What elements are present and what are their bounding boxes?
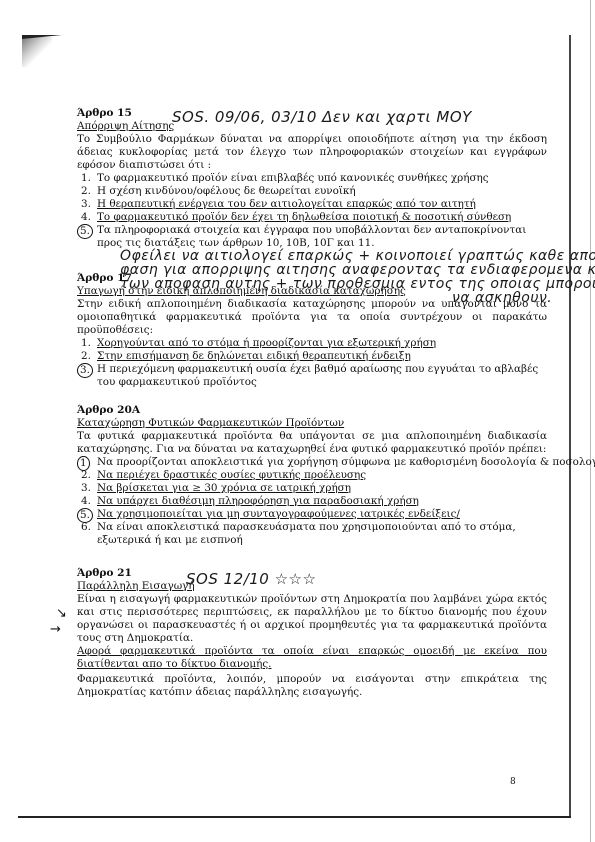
scan-outer-edge — [590, 0, 591, 842]
article-intro: Το Συμβούλιο Φαρμάκων δύναται να απορρίψ… — [77, 133, 547, 172]
list-item: 2.Στην επισήμανση δε δηλώνεται ειδική θε… — [77, 350, 547, 363]
list-item: 1.Χορηγούνται από το στόμα ή προορίζοντα… — [77, 337, 547, 350]
article-intro: Στην ειδική απλοποιημένη διαδικασία κατα… — [77, 298, 547, 337]
handwritten-note: SOS. 09/06, 03/10 Δεν και χαρτι ΜΟΥ — [172, 108, 472, 126]
list-item: 1Να προορίζονται αποκλειστικά για χορήγη… — [77, 456, 547, 469]
page-number: 8 — [510, 777, 516, 787]
scan-corner-mark — [22, 35, 62, 39]
list-item: 2.Να περιέχει δραστικές ουσίες φυτικής π… — [77, 469, 547, 482]
scan-corner-shadow — [22, 37, 52, 67]
article-17: Άρθρο 17 Υπαγωγή στην ειδική απλοποιημέν… — [77, 272, 547, 389]
article-15: Άρθρο 15 Απόρριψη Αίτησης Το Συμβούλιο Φ… — [77, 107, 547, 250]
scan-bottom-edge — [18, 816, 571, 818]
list-item: 5.Τα πληροφοριακά στοιχεία και έγγραφα π… — [77, 224, 547, 250]
article-paragraph: Αφορά φαρμακευτικά προϊόντα τα οποία είν… — [77, 645, 547, 671]
list-item: 6.Να είναι αποκλειστικά παρασκευάσματα π… — [77, 521, 547, 547]
list-item: 3.Να βρίσκεται για ≥ 30 χρόνια σε ιατρικ… — [77, 482, 547, 495]
article-20a: Άρθρο 20Α Καταχώρηση Φυτικών Φαρμακευτικ… — [77, 404, 547, 547]
article-paragraph: Είναι η εισαγωγή φαρμακευτικών προϊόντων… — [77, 593, 547, 645]
article-heading: Άρθρο 17 — [77, 272, 547, 285]
list-item: 2.Η σχέση κινδύνου/οφέλους δε θεωρείται … — [77, 185, 547, 198]
article-heading: Άρθρο 20Α — [77, 404, 547, 417]
article-paragraph: Φαρμακευτικά προϊόντα, λοιπόν, μπορούν ν… — [77, 673, 547, 699]
list-item: 4.Να υπάρχει διαθέσιμη πληροφόρηση για π… — [77, 495, 547, 508]
list-item: 4.Το φαρμακευτικό προϊόν δεν έχει τη δηλ… — [77, 211, 547, 224]
handwritten-arrow-icon: → — [50, 622, 61, 637]
handwritten-arrow-icon: ↘ — [56, 606, 67, 621]
circled-number: 3. — [77, 363, 93, 378]
handwritten-note: SOS 12/10 ☆☆☆ — [186, 570, 316, 588]
article-subtitle: Καταχώρηση Φυτικών Φαρμακευτικών Προϊόντ… — [77, 417, 547, 430]
list-item: 1.Το φαρμακευτικό προϊόν είναι επιβλαβές… — [77, 172, 547, 185]
scanned-document-page: Άρθρο 15 Απόρριψη Αίτησης Το Συμβούλιο Φ… — [0, 0, 595, 842]
list-item: 3.Η περιεχόμενη φαρμακευτική ουσία έχει … — [77, 363, 547, 389]
scan-right-edge — [569, 35, 571, 818]
circled-number: 5. — [77, 224, 93, 239]
list-item: 3.Η θεραπευτική ενέργεια του δεν αιτιολο… — [77, 198, 547, 211]
article-subtitle: Υπαγωγή στην ειδική απλοποιημένη διαδικα… — [77, 285, 547, 298]
list-item: 5.Να χρησιμοποιείται για μη συνταγογραφο… — [77, 508, 547, 521]
article-intro: Τα φυτικά φαρμακευτικά προϊόντα θα υπάγο… — [77, 430, 547, 456]
